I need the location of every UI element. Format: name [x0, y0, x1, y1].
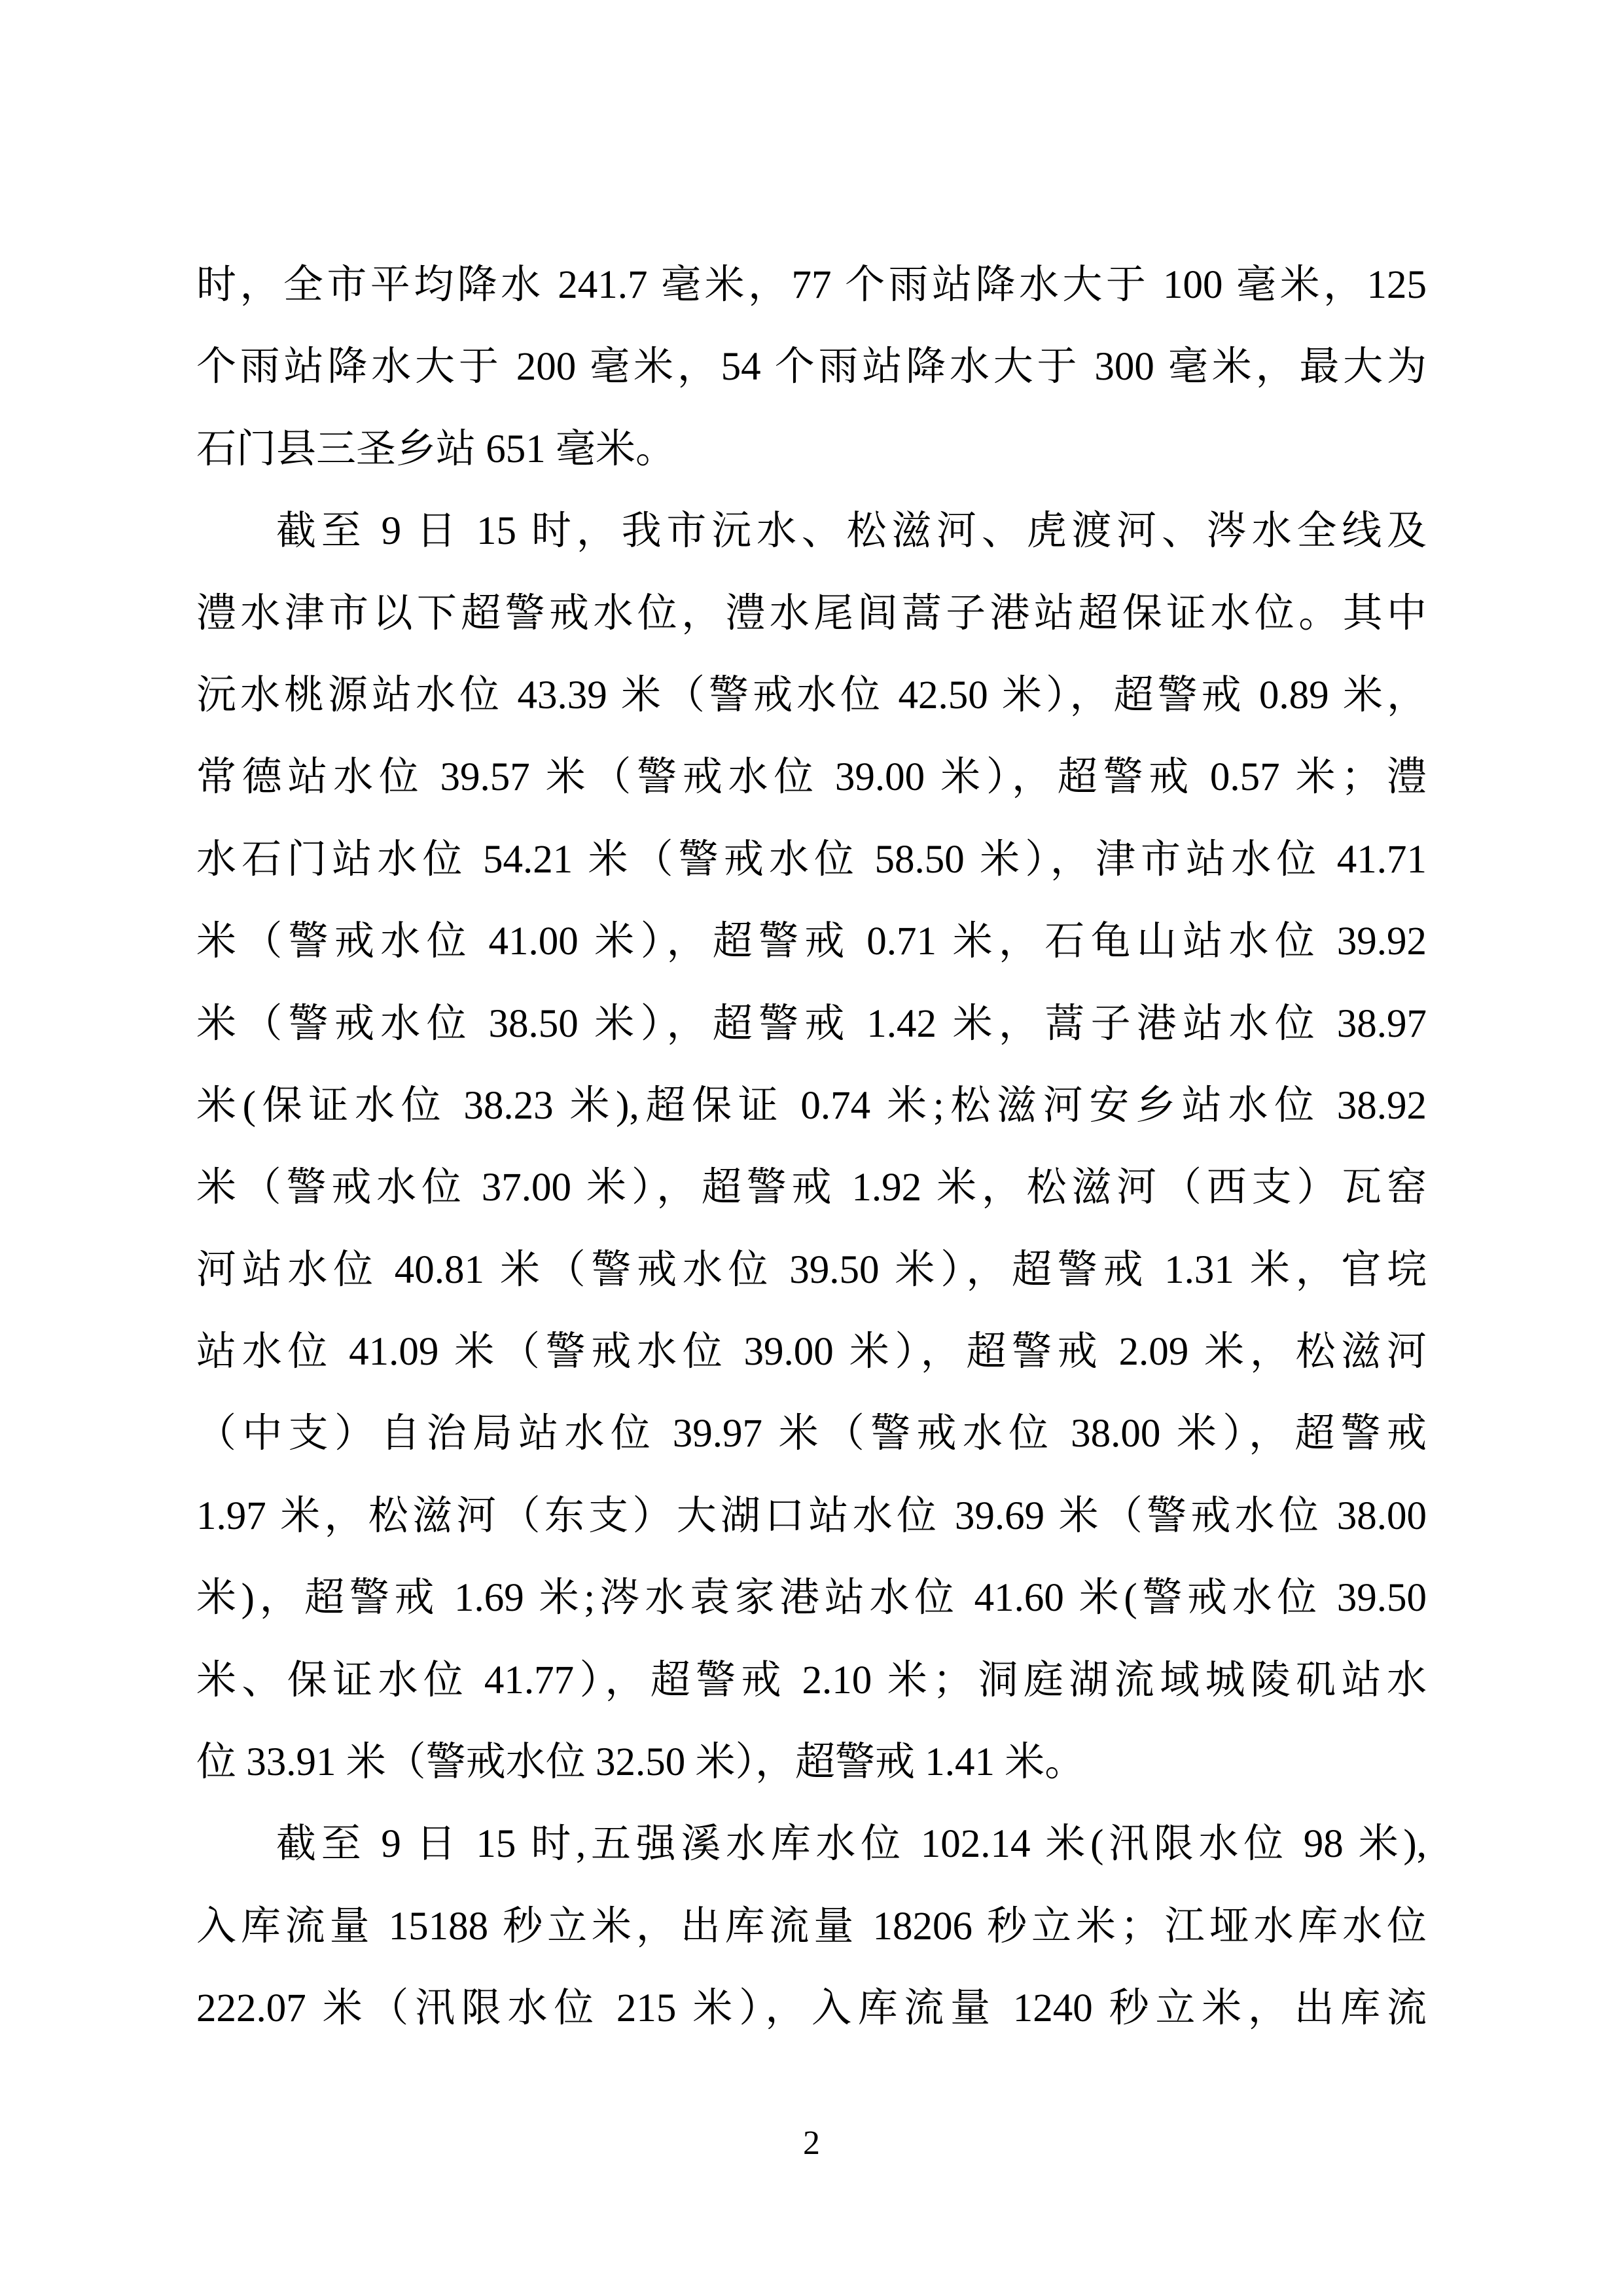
document-page: 时，全市平均降水 241.7 毫米，77 个雨站降水大于 100 毫米，125个… — [0, 0, 1623, 2296]
text-line: 米（警戒水位 41.00 米），超警戒 0.71 米，石龟山站水位 39.92 — [196, 901, 1427, 982]
text-line: 石门县三圣乡站 651 毫米。 — [196, 408, 1427, 490]
paragraph: 截至 9 日 15 时,五强溪水库水位 102.14 米(汛限水位 98 米),… — [196, 1803, 1427, 2049]
text-line: 1.97 米，松滋河（东支）大湖口站水位 39.69 米（警戒水位 38.00 — [196, 1475, 1427, 1557]
paragraph: 时，全市平均降水 241.7 毫米，77 个雨站降水大于 100 毫米，125个… — [196, 244, 1427, 490]
text-line: 米（警戒水位 38.50 米），超警戒 1.42 米，蒿子港站水位 38.97 — [196, 983, 1427, 1065]
text-line: 米、保证水位 41.77），超警戒 2.10 米；洞庭湖流域城陵矶站水 — [196, 1640, 1427, 1721]
text-line: 222.07 米（汛限水位 215 米），入库流量 1240 秒立米，出库流 — [196, 1967, 1427, 2049]
page-number: 2 — [0, 2124, 1623, 2163]
text-line: 常德站水位 39.57 米（警戒水位 39.00 米），超警戒 0.57 米；澧 — [196, 736, 1427, 818]
text-line: 入库流量 15188 秒立米，出库流量 18206 秒立米；江垭水库水位 — [196, 1886, 1427, 1967]
text-line: 位 33.91 米（警戒水位 32.50 米），超警戒 1.41 米。 — [196, 1721, 1427, 1803]
text-line: 时，全市平均降水 241.7 毫米，77 个雨站降水大于 100 毫米，125 — [196, 244, 1427, 326]
text-line: 个雨站降水大于 200 毫米，54 个雨站降水大于 300 毫米，最大为 — [196, 326, 1427, 408]
paragraph: 截至 9 日 15 时，我市沅水、松滋河、虎渡河、涔水全线及澧水津市以下超警戒水… — [196, 490, 1427, 1803]
text-line: （中支）自治局站水位 39.97 米（警戒水位 38.00 米），超警戒 — [196, 1393, 1427, 1475]
text-block: 时，全市平均降水 241.7 毫米，77 个雨站降水大于 100 毫米，125个… — [196, 244, 1427, 2050]
text-line: 截至 9 日 15 时，我市沅水、松滋河、虎渡河、涔水全线及 — [196, 490, 1427, 572]
text-line: 澧水津市以下超警戒水位，澧水尾闾蒿子港站超保证水位。其中 — [196, 573, 1427, 655]
text-line: 河站水位 40.81 米（警戒水位 39.50 米），超警戒 1.31 米，官垸 — [196, 1229, 1427, 1311]
text-line: 站水位 41.09 米（警戒水位 39.00 米），超警戒 2.09 米，松滋河 — [196, 1311, 1427, 1393]
text-line: 米（警戒水位 37.00 米），超警戒 1.92 米，松滋河（西支）瓦窑 — [196, 1147, 1427, 1229]
text-line: 米)，超警戒 1.69 米;涔水袁家港站水位 41.60 米(警戒水位 39.5… — [196, 1557, 1427, 1639]
text-line: 截至 9 日 15 时,五强溪水库水位 102.14 米(汛限水位 98 米), — [196, 1803, 1427, 1885]
text-line: 沅水桃源站水位 43.39 米（警戒水位 42.50 米），超警戒 0.89 米… — [196, 655, 1427, 736]
text-line: 米(保证水位 38.23 米),超保证 0.74 米;松滋河安乡站水位 38.9… — [196, 1065, 1427, 1147]
text-line: 水石门站水位 54.21 米（警戒水位 58.50 米），津市站水位 41.71 — [196, 819, 1427, 901]
